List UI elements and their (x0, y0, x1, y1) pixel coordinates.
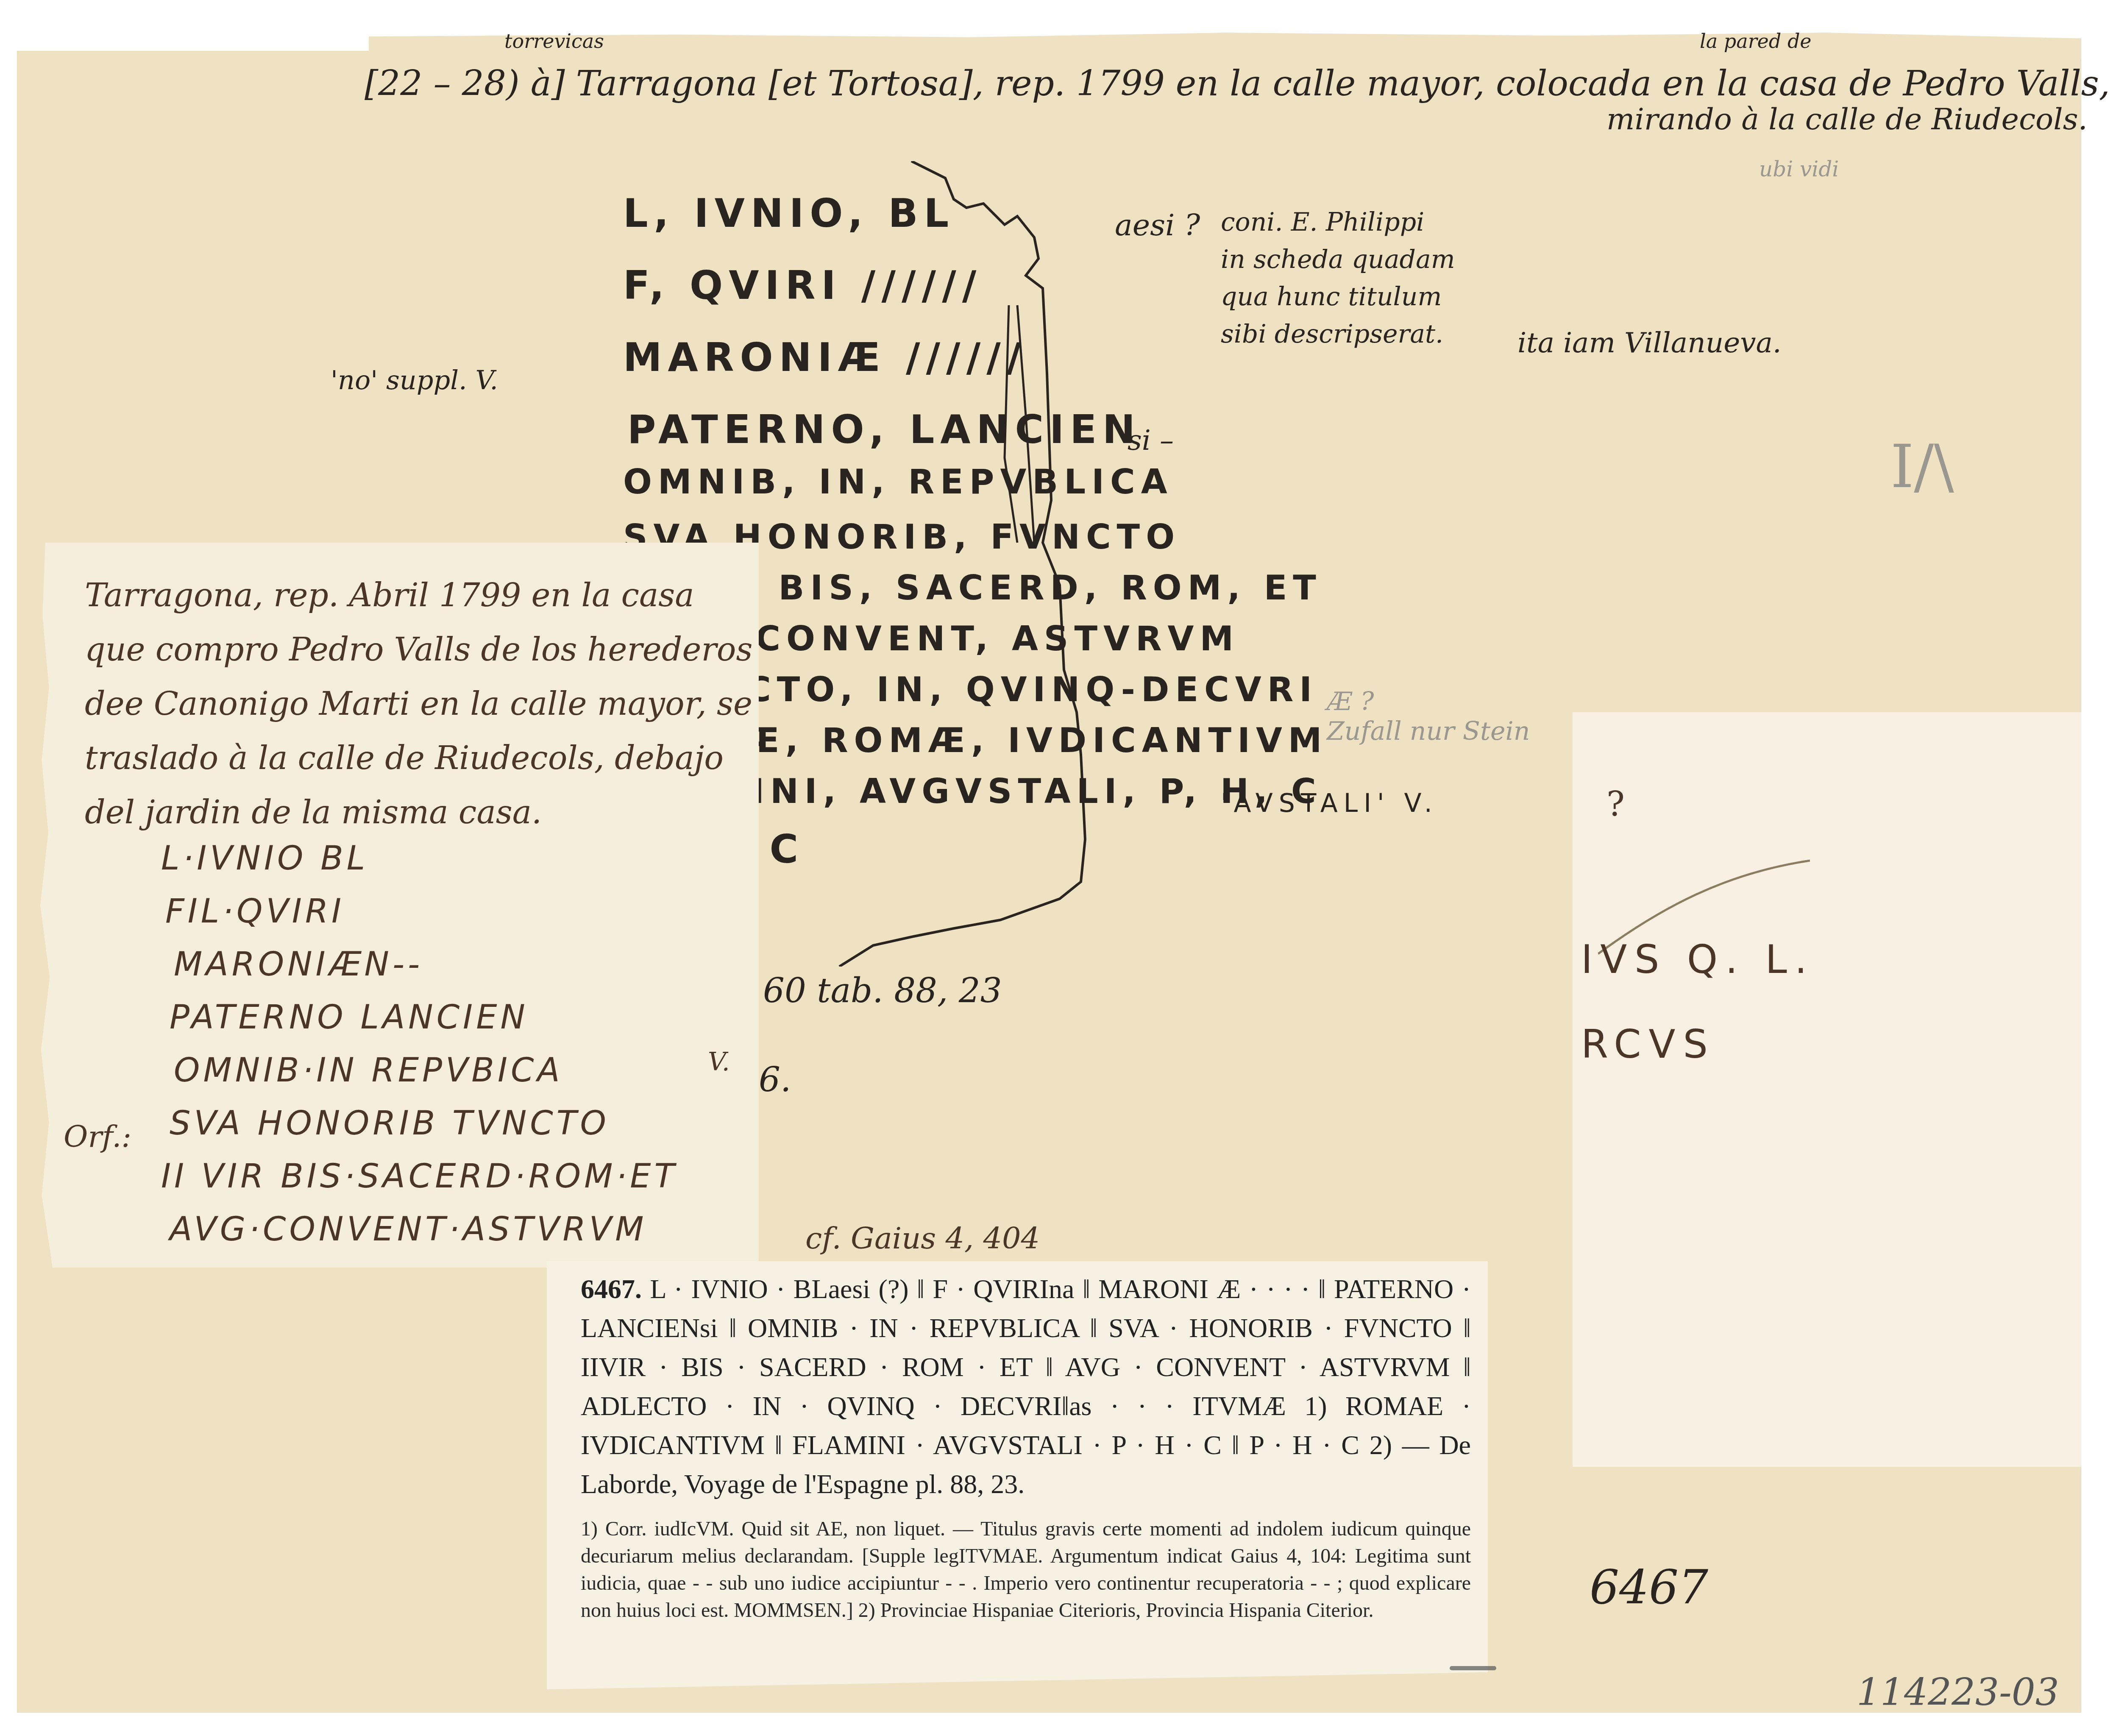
ink-squiggle (1450, 1666, 1496, 1670)
pencil-marks: I/\ (1890, 432, 1954, 502)
note-tab-reference: 60 tab. 88, 23 (763, 971, 1002, 1010)
catalog-number: 6467 (1590, 1560, 1708, 1614)
note-gaius: cf. Gaius 4, 404 (805, 1221, 1040, 1256)
right-card-line-1: IVS Q. L. (1581, 937, 1815, 982)
clipping-footnotes: 1) Corr. iudIcVM. Quid sit AE, non lique… (581, 1516, 1471, 1624)
archive-id: 114223-03 (1857, 1670, 2059, 1714)
right-card-line-2: RCVS (1581, 1022, 1715, 1067)
clipping-body: L · IVNIO · BLaesi (?) ‖ F · QVIRIna ‖ M… (581, 1274, 1471, 1499)
right-card-question: ? (1606, 784, 1625, 824)
pencil-note-ubi-vidi: ubi vidi (1759, 157, 1839, 181)
right-card: ? IVS Q. L. RCVS (1573, 712, 2081, 1467)
inscription-line: MARONIÆ ////// (623, 335, 1027, 380)
left-card: Tarragona, rep. Abril 1799 en la casa qu… (38, 543, 759, 1268)
left-card-v-mark: V. (708, 1047, 730, 1077)
header-line-1: [22 – 28) à] Tarragona [et Tortosa], rep… (365, 64, 2110, 104)
inscription-line: PATERNO, LANCIEN (627, 407, 1141, 452)
left-card-line: SVA HONORIB TVNCTO (170, 1104, 610, 1142)
note-six: 6. (759, 1060, 791, 1099)
note-philippi-line: sibi descripserat. (1221, 315, 1455, 353)
note-no-suppl: 'no' suppl. V. (331, 365, 498, 396)
left-card-line: MARONIÆN-- (174, 945, 423, 984)
note-aesi: aesi ? (1115, 208, 1200, 242)
note-philippi: coni. E. Philippi in scheda quadam qua h… (1221, 203, 1455, 353)
inscription-line: L, IVNIO, BL (623, 191, 955, 236)
pencil-note-line: Æ ? (1327, 687, 1530, 716)
note-si: si – (1128, 424, 1174, 457)
header-line-2: mirando à la calle de Riudecols. (1606, 102, 2088, 137)
note-philippi-line: in scheda quadam (1221, 241, 1455, 278)
printed-clipping: 6467. L · IVNIO · BLaesi (?) ‖ F · QVIRI… (547, 1261, 1488, 1689)
base-sheet-torn-top (369, 21, 2081, 59)
note-villanueva: ita iam Villanueva. (1517, 326, 1782, 359)
clipping-number: 6467. (581, 1274, 642, 1304)
inscription-line: F, QVIRI ////// (623, 263, 982, 308)
left-card-line: L·IVNIO BL (161, 839, 368, 878)
left-card-ref-mark: Orf.: (64, 1119, 131, 1154)
note-austali: 'AVSTALI' V. (1221, 789, 1438, 818)
left-card-line: FIL·QVIRI (165, 892, 345, 931)
note-philippi-line: qua hunc titulum (1221, 278, 1455, 315)
clipping-main-text: 6467. L · IVNIO · BLaesi (?) ‖ F · QVIRI… (581, 1270, 1471, 1504)
pencil-note-ae: Æ ? Zufall nur Stein (1327, 687, 1530, 746)
header-superscript-2: la pared de (1700, 30, 1812, 53)
left-card-line: OMNIB·IN REPVBICA (174, 1051, 563, 1090)
note-philippi-line: coni. E. Philippi (1221, 203, 1455, 241)
header-superscript-1: torrevicas (504, 30, 604, 53)
left-card-line: II VIR BIS·SACERD·ROM·ET (161, 1157, 678, 1195)
left-card-line: PATERNO LANCIEN (170, 998, 529, 1037)
inscription-line: OMNIB, IN, REPVBLICA (623, 462, 1173, 502)
left-card-line: AVG·CONVENT·ASTVRVM (170, 1210, 647, 1248)
pencil-note-line: Zufall nur Stein (1327, 716, 1530, 746)
left-card-note: Tarragona, rep. Abril 1799 en la casa qu… (85, 568, 763, 839)
